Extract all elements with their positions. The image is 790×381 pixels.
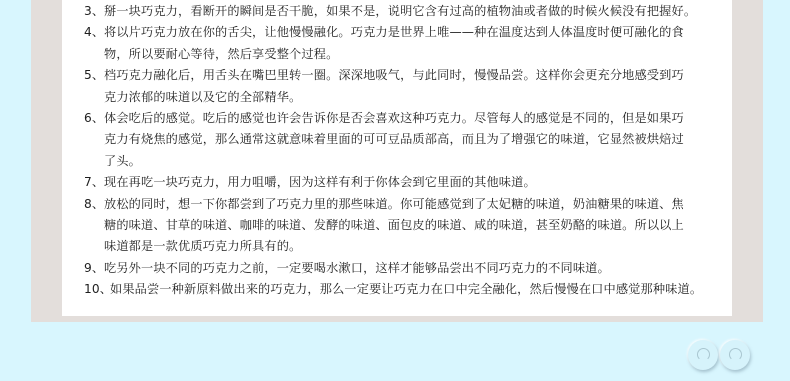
- step-number: 8、: [84, 194, 104, 215]
- tasting-steps-list: 3、 掰一块巧克力，看断开的瞬间是否干脆，如果不是，说明它含有过高的植物油或者做…: [84, 1, 724, 301]
- step-item-10: 10、 如果品尝一种新原料做出来的巧克力，那么一定要让巧克力在口中完全融化，然后…: [84, 279, 724, 300]
- step-number: 4、: [84, 22, 104, 43]
- content-frame: 3、 掰一块巧克力，看断开的瞬间是否干脆，如果不是，说明它含有过高的植物油或者做…: [31, 0, 763, 322]
- step-text-line: 克力浓郁的味道以及它的全部精华。: [104, 87, 724, 108]
- ring-icon: [720, 340, 750, 370]
- step-text-line: 体会吃后的感觉。吃后的感觉也许会告诉你是否会喜欢这种巧克力。尽管每人的感觉是不同…: [104, 108, 724, 129]
- step-text-line: 吃另外一块不同的巧克力之前，一定要喝水漱口，这样才能够品尝出不同巧克力的不同味道…: [104, 258, 724, 279]
- step-text-line: 现在再吃一块巧克力，用力咀嚼，因为这样有利于你体会到它里面的其他味道。: [104, 172, 724, 193]
- step-text-line: 物，所以要耐心等待，然后享受整个过程。: [104, 44, 724, 65]
- step-text-line: 克力有烧焦的感觉，那么通常这就意味着里面的可可豆品质部高，而且为了增强它的味道，…: [104, 129, 724, 150]
- step-text-line: 糖的味道、甘草的味道、咖啡的味道、发酵的味道、面包皮的味道、咸的味道，甚至奶酪的…: [104, 215, 724, 236]
- step-text-line: 将以片巧克力放在你的舌尖，让他慢慢融化。巧克力是世界上唯——种在温度达到人体温度…: [104, 22, 724, 43]
- step-text-line: 掰一块巧克力，看断开的瞬间是否干脆，如果不是，说明它含有过高的植物油或者做的时候…: [104, 1, 724, 22]
- step-number: 6、: [84, 108, 104, 129]
- step-text-line: 如果品尝一种新原料做出来的巧克力，那么一定要让巧克力在口中完全融化，然后慢慢在口…: [110, 279, 724, 300]
- step-item-8: 8、 放松的同时，想一下你都尝到了巧克力里的那些味道。你可能感觉到了太妃糖的味道…: [84, 194, 724, 258]
- step-item-9: 9、 吃另外一块不同的巧克力之前，一定要喝水漱口，这样才能够品尝出不同巧克力的不…: [84, 258, 724, 279]
- step-number: 3、: [84, 1, 104, 22]
- step-number: 10、: [84, 279, 112, 300]
- step-item-7: 7、 现在再吃一块巧克力，用力咀嚼，因为这样有利于你体会到它里面的其他味道。: [84, 172, 724, 193]
- step-item-6: 6、 体会吃后的感觉。吃后的感觉也许会告诉你是否会喜欢这种巧克力。尽管每人的感觉…: [84, 108, 724, 172]
- step-item-3: 3、 掰一块巧克力，看断开的瞬间是否干脆，如果不是，说明它含有过高的植物油或者做…: [84, 1, 724, 22]
- step-number: 5、: [84, 65, 104, 86]
- step-text-line: 档巧克力融化后，用舌头在嘴巴里转一圈。深深地吸气，与此同时，慢慢品尝。这样你会更…: [104, 65, 724, 86]
- step-text-line: 放松的同时，想一下你都尝到了巧克力里的那些味道。你可能感觉到了太妃糖的味道，奶油…: [104, 194, 724, 215]
- content-panel: 3、 掰一块巧克力，看断开的瞬间是否干脆，如果不是，说明它含有过高的植物油或者做…: [62, 0, 732, 316]
- step-number: 9、: [84, 258, 104, 279]
- decorative-rings: [686, 340, 752, 374]
- ring-icon: [688, 340, 718, 370]
- step-number: 7、: [84, 172, 104, 193]
- step-item-4: 4、 将以片巧克力放在你的舌尖，让他慢慢融化。巧克力是世界上唯——种在温度达到人…: [84, 22, 724, 65]
- step-text-line: 了头。: [104, 151, 724, 172]
- step-item-5: 5、 档巧克力融化后，用舌头在嘴巴里转一圈。深深地吸气，与此同时，慢慢品尝。这样…: [84, 65, 724, 108]
- step-text-line: 味道都是一款优质巧克力所具有的。: [104, 236, 724, 257]
